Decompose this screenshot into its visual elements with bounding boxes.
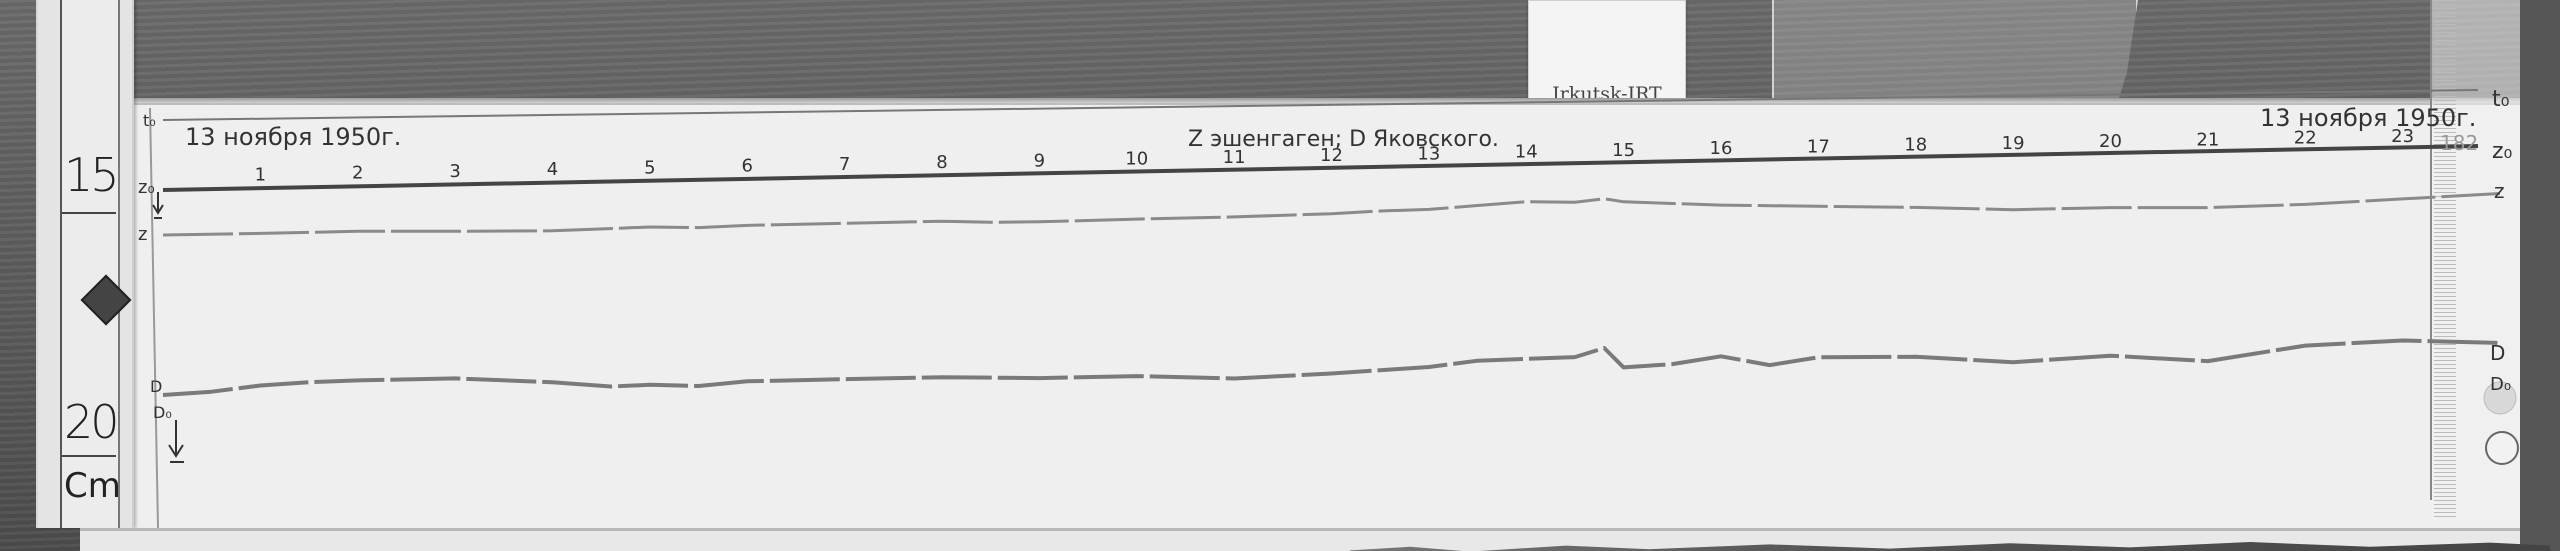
hour-tick-label: 1 (255, 164, 266, 185)
hour-tick-label: 10 (1125, 149, 1148, 170)
chart-title-left: 13 ноября 1950г. (185, 123, 401, 151)
chart-text: 123456789101112131415161718192021222313 … (138, 87, 2513, 422)
label-z0-left: z₀ (138, 177, 155, 198)
label-z-left: z (138, 224, 147, 245)
trace-z (163, 194, 2500, 236)
label-d-left: D (150, 377, 162, 396)
hour-tick-label: 4 (547, 159, 558, 180)
left-margin-line (150, 108, 158, 528)
label-z0-right: z₀ (2492, 139, 2513, 164)
hour-tick-label: 19 (2002, 133, 2025, 154)
corner-note: 182 (2440, 131, 2478, 155)
hour-tick-label: 9 (1034, 150, 1045, 171)
chart-title-right: 13 ноября 1950г. (2260, 104, 2476, 132)
hour-tick-label: 8 (936, 152, 947, 173)
trace-d (163, 341, 2500, 396)
t0-baseline (163, 90, 2478, 120)
label-d0-right: D₀ (2490, 374, 2511, 395)
label-t0-left: t₀ (143, 111, 156, 130)
label-z-right: z (2494, 179, 2505, 203)
label-d0-left: D₀ (153, 403, 172, 422)
hour-tick-label: 5 (644, 157, 655, 178)
label-d-right: D (2490, 341, 2505, 365)
hour-tick-label: 6 (742, 156, 753, 177)
label-t0-right: t₀ (2492, 87, 2510, 112)
magnetogram-chart: 123456789101112131415161718192021222313 … (0, 0, 2560, 551)
hour-tick-label: 17 (1807, 136, 1830, 157)
punch-hole-icon (2486, 432, 2518, 464)
hour-tick-label: 21 (2196, 129, 2219, 150)
arrow-down-icon (169, 420, 184, 462)
hour-tick-label: 16 (1710, 138, 1733, 159)
hour-tick-label: 3 (449, 161, 460, 182)
hour-tick-label: 14 (1515, 142, 1538, 163)
chart-subtitle: Z эшенгаген; D Яковского. (1188, 127, 1499, 152)
hour-tick-label: 20 (2099, 131, 2122, 152)
hour-tick-label: 18 (1904, 135, 1927, 156)
hour-tick-label: 2 (352, 163, 363, 184)
hour-tick-label: 7 (839, 154, 850, 175)
hour-tick-label: 15 (1612, 140, 1635, 161)
